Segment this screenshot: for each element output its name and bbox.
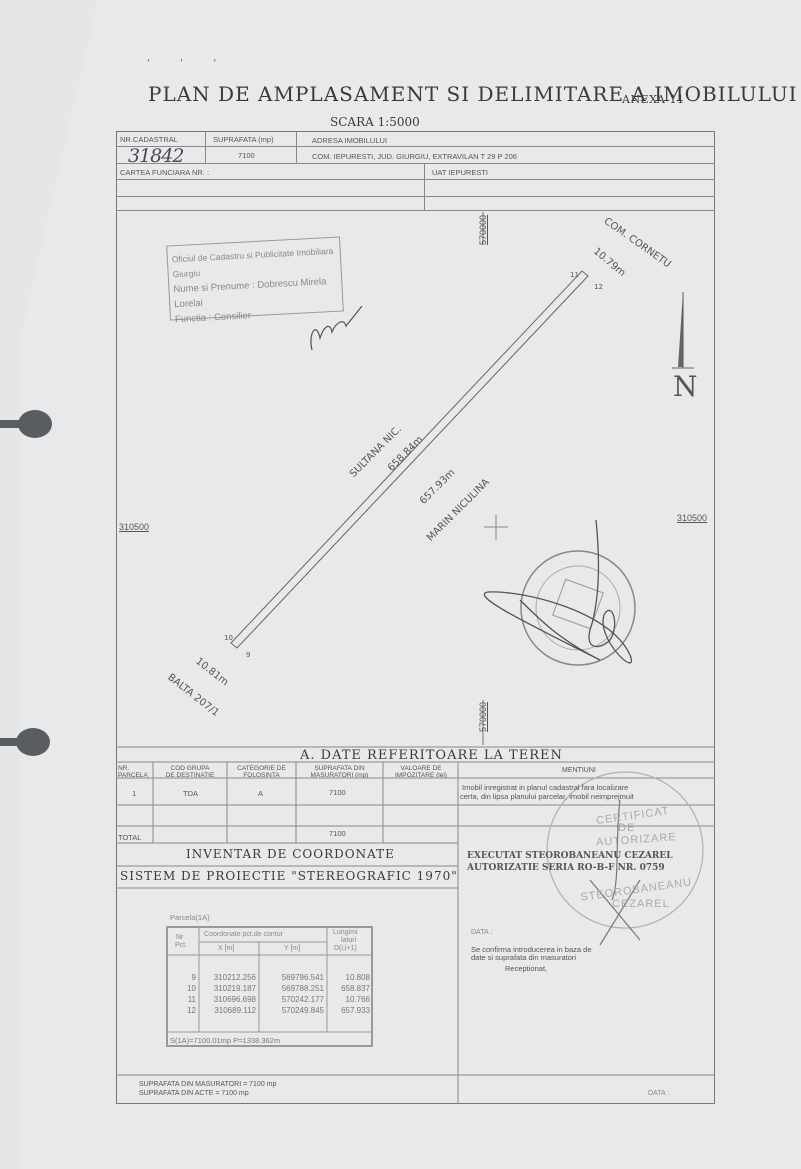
coord-cell-x: 310696.698 [214,995,256,1004]
coord-cell-d: 657.933 [341,1006,370,1015]
th-x: X [m] [218,945,234,952]
coord-cell-d: 658.837 [341,984,370,993]
coord-cell-pct: 11 [188,995,196,1004]
coord-cell-pct: 9 [192,973,196,982]
th-nr: Nr [176,934,183,941]
coordinate-table-grid [0,0,801,1169]
coord-cell-y: 570242.177 [282,995,324,1004]
suprafata-acte: SUPRAFATA DIN ACTE = 7100 mp [139,1090,249,1097]
coord-cell-pct: 10 [187,984,196,993]
coord-cell-x: 310689.112 [214,1006,256,1015]
th-len1: Lungimi [333,929,358,936]
th-len3: D(i,i+1) [334,945,357,952]
coord-cell-x: 310219.187 [214,984,256,993]
coord-cell-y: 569788.251 [282,984,324,993]
coord-cell-y: 569796.541 [282,973,324,982]
th-len2: laturi [341,937,356,944]
coord-cell-pct: 12 [187,1006,196,1015]
th-y: Y [m] [284,945,300,952]
suprafata-masuratori: SUPRAFATA DIN MASURATORI = 7100 mp [139,1081,276,1088]
coordinate-summary: S(1A)=7100.01mp P=1338.362m [170,1036,280,1045]
coord-cell-x: 310212.256 [214,973,256,982]
coord-cell-y: 570249.845 [282,1006,324,1015]
coord-cell-d: 10.808 [346,973,370,982]
footer-data-label: DATA : [648,1090,669,1097]
coord-cell-d: 10.766 [346,995,370,1004]
th-coord: Coordonate pct.de contur [204,931,283,938]
th-pct: Pct. [175,942,187,949]
